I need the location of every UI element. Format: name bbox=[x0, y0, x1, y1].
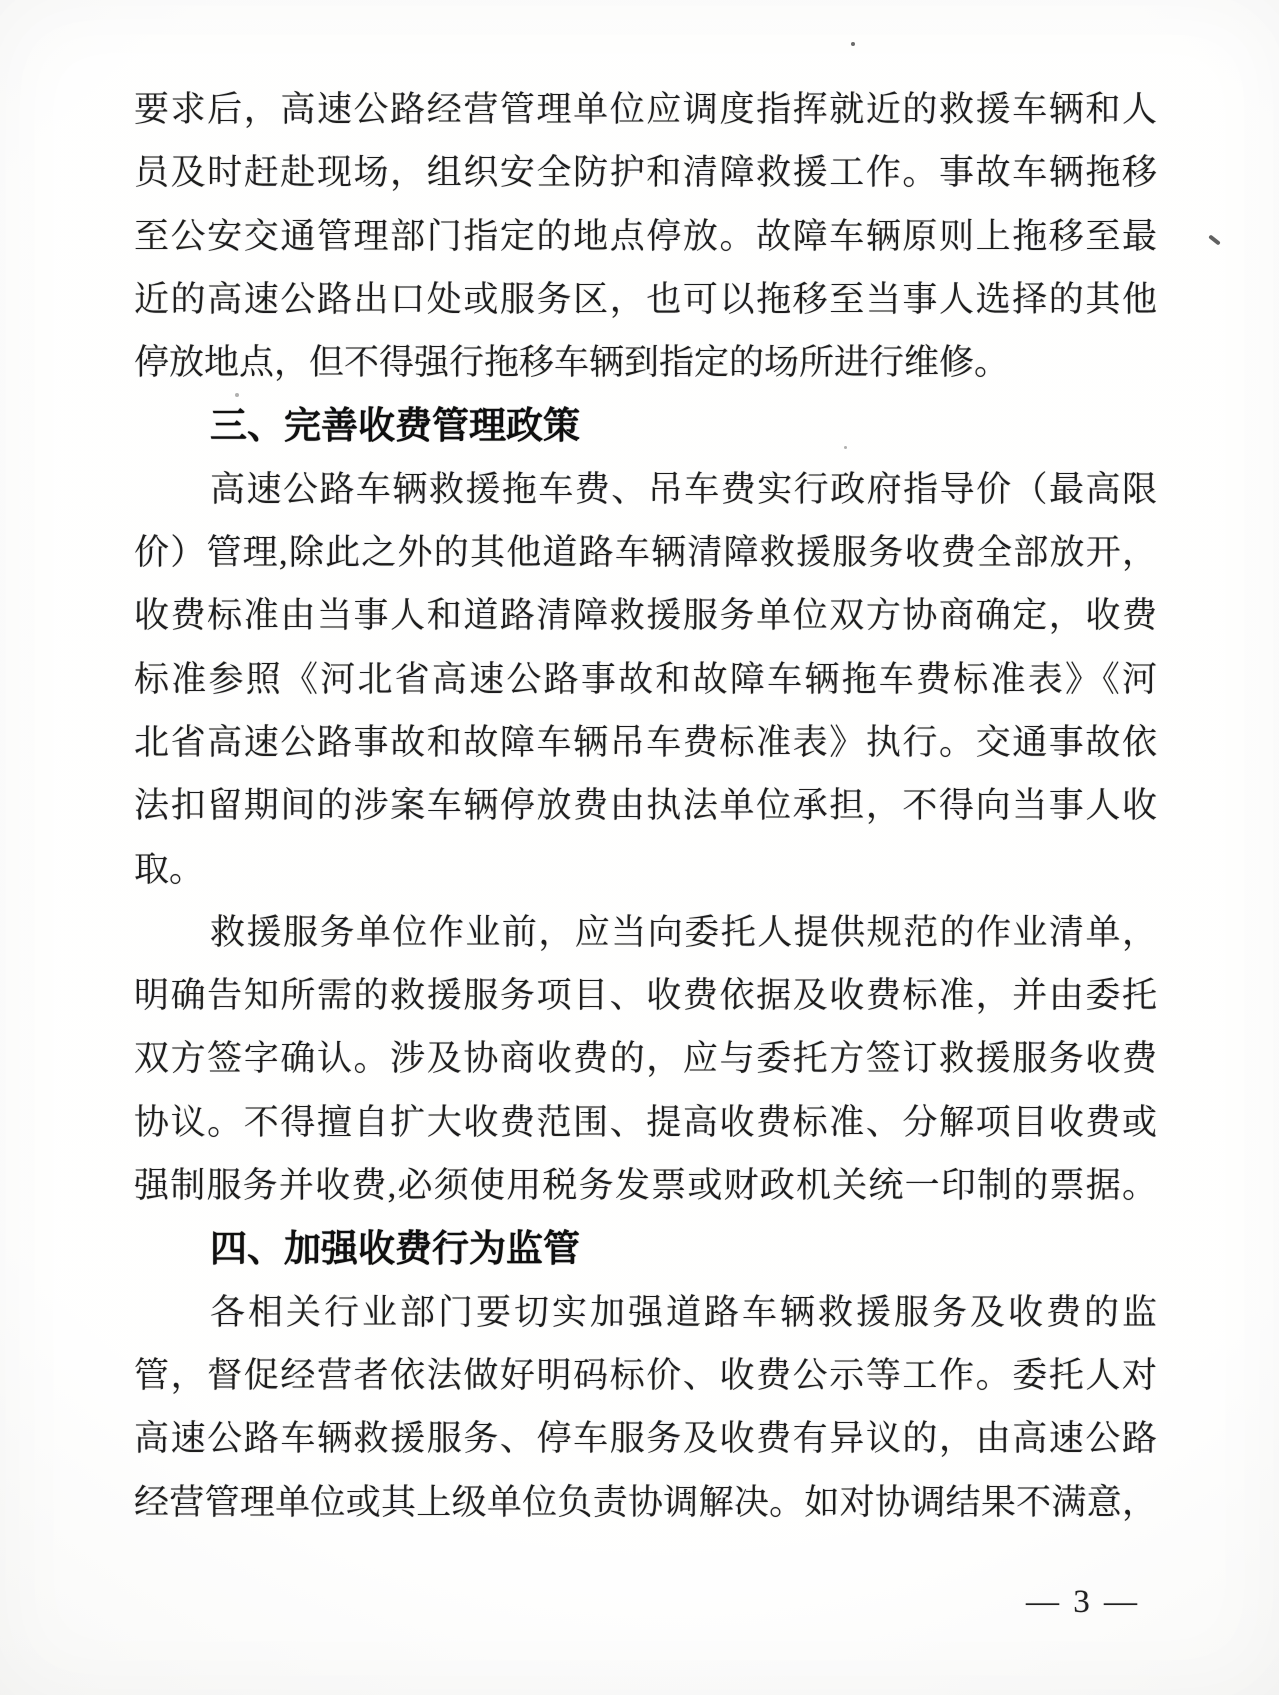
text-line: 明确告知所需的救援服务项目、收费依据及收费标准，并由委托 bbox=[134, 964, 1157, 1027]
text-line: 协议。不得擅自扩大收费范围、提高收费标准、分解项目收费或 bbox=[134, 1091, 1157, 1154]
text-line: 高速公路车辆救援服务、停车服务及收费有异议的，由高速公路 bbox=[134, 1407, 1157, 1470]
page-number: — 3 — bbox=[1026, 1584, 1140, 1621]
text-line: 双方签字确认。涉及协商收费的，应与委托方签订救援服务收费 bbox=[134, 1027, 1157, 1090]
section-heading: 三、完善收费管理政策 bbox=[134, 394, 1157, 457]
scan-artifact bbox=[235, 393, 239, 397]
text-line: 员及时赶赴现场，组织安全防护和清障救援工作。事故车辆拖移 bbox=[134, 141, 1157, 204]
text-line: 近的高速公路出口处或服务区，也可以拖移至当事人选择的其他 bbox=[134, 268, 1157, 331]
scan-artifact bbox=[844, 446, 847, 449]
text-line: 强制服务并收费,必须使用税务发票或财政机关统一印制的票据。 bbox=[134, 1154, 1157, 1217]
text-line: 经营管理单位或其上级单位负责协调解决。如对协调结果不满意， bbox=[134, 1471, 1157, 1534]
text-line: 北省高速公路事故和故障车辆吊车费标准表》执行。交通事故依 bbox=[134, 711, 1157, 774]
text-line: 管，督促经营者依法做好明码标价、收费公示等工作。委托人对 bbox=[134, 1344, 1157, 1407]
text-line: 要求后，高速公路经营管理单位应调度指挥就近的救援车辆和人 bbox=[134, 78, 1157, 141]
text-line: 价）管理,除此之外的其他道路车辆清障救援服务收费全部放开， bbox=[134, 521, 1157, 584]
text-line: 法扣留期间的涉案车辆停放费由执法单位承担，不得向当事人收 bbox=[134, 774, 1157, 837]
text-line: 标准参照《河北省高速公路事故和故障车辆拖车费标准表》《河 bbox=[134, 648, 1157, 711]
scanned-document-page: 要求后，高速公路经营管理单位应调度指挥就近的救援车辆和人员及时赶赴现场，组织安全… bbox=[0, 0, 1279, 1695]
text-line: 至公安交通管理部门指定的地点停放。故障车辆原则上拖移至最 bbox=[134, 205, 1157, 268]
text-line: 高速公路车辆救援拖车费、吊车费实行政府指导价（最高限 bbox=[134, 458, 1157, 521]
section-heading: 四、加强收费行为监管 bbox=[134, 1217, 1157, 1280]
text-line: 停放地点，但不得强行拖移车辆到指定的场所进行维修。 bbox=[134, 331, 1157, 394]
scan-artifact bbox=[851, 42, 855, 46]
scan-artifact bbox=[361, 1437, 364, 1440]
text-line: 收费标准由当事人和道路清障救援服务单位双方协商确定，收费 bbox=[134, 584, 1157, 647]
text-line: 各相关行业部门要切实加强道路车辆救援服务及收费的监 bbox=[134, 1281, 1157, 1344]
document-body: 要求后，高速公路经营管理单位应调度指挥就近的救援车辆和人员及时赶赴现场，组织安全… bbox=[134, 78, 1157, 1534]
text-line: 取。 bbox=[134, 838, 1157, 901]
text-line: 救援服务单位作业前，应当向委托人提供规范的作业清单， bbox=[134, 901, 1157, 964]
scan-artifact bbox=[1208, 234, 1221, 245]
